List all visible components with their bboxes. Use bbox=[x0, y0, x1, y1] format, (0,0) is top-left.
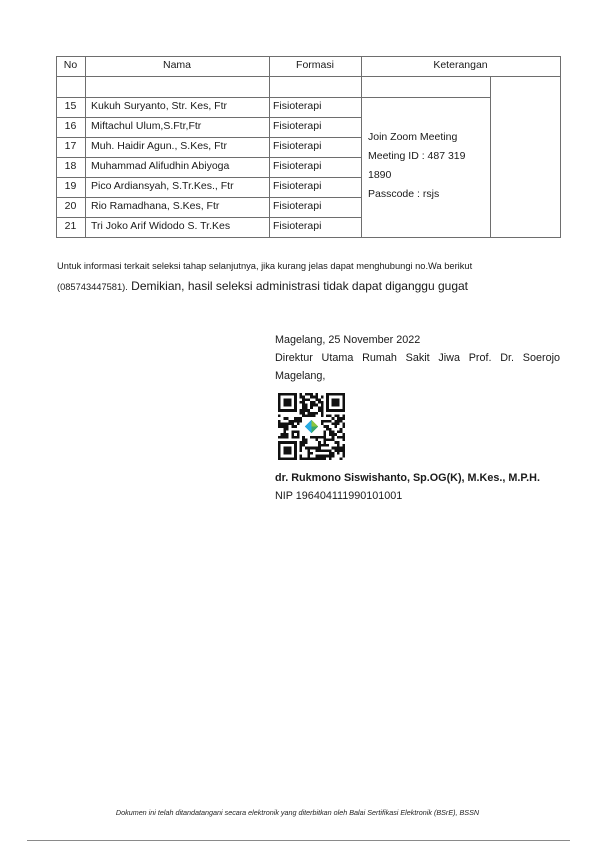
row-nama: Tri Joko Arif Widodo S. Tr.Kes bbox=[91, 216, 230, 236]
row-no: 16 bbox=[56, 116, 85, 136]
table-rule bbox=[56, 237, 561, 238]
table-rule bbox=[560, 56, 561, 238]
header-keterangan: Keterangan bbox=[361, 55, 560, 75]
row-nama: Miftachul Ulum,S.Ftr,Ftr bbox=[91, 116, 201, 136]
row-formasi: Fisioterapi bbox=[273, 96, 321, 116]
info-note-line2: (085743447581). Demikian, hasil seleksi … bbox=[57, 277, 468, 295]
row-no: 17 bbox=[56, 136, 85, 156]
row-formasi: Fisioterapi bbox=[273, 116, 321, 136]
table-rule bbox=[361, 56, 362, 238]
row-nama: Pico Ardiansyah, S.Tr.Kes., Ftr bbox=[91, 176, 234, 196]
row-formasi: Fisioterapi bbox=[273, 216, 321, 236]
table-rule bbox=[490, 76, 491, 238]
place-date: Magelang, 25 November 2022 bbox=[275, 331, 560, 349]
zoom-passcode: Passcode : rsjs bbox=[368, 185, 439, 204]
zoom-meeting-id-cont: 1890 bbox=[368, 166, 391, 185]
signer-nip: NIP 196404111990101001 bbox=[275, 490, 402, 502]
esign-footer: Dokumen ini telah ditandatangani secara … bbox=[0, 808, 595, 817]
row-no: 15 bbox=[56, 96, 85, 116]
row-formasi: Fisioterapi bbox=[273, 196, 321, 216]
header-no: No bbox=[56, 55, 85, 75]
results-table: No Nama Formasi Keterangan 15Kukuh Surya… bbox=[56, 56, 561, 238]
row-formasi: Fisioterapi bbox=[273, 176, 321, 196]
signer-title: Direktur Utama Rumah Sakit Jiwa Prof. Dr… bbox=[275, 349, 560, 367]
signer-title-cont: Magelang, bbox=[275, 367, 560, 385]
table-rule bbox=[56, 76, 561, 77]
wa-phone-number: (085743447581). bbox=[57, 282, 128, 292]
row-nama: Muhammad Alifudhin Abiyoga bbox=[91, 156, 229, 176]
row-formasi: Fisioterapi bbox=[273, 156, 321, 176]
footer-rule bbox=[27, 840, 570, 841]
closing-statement: Demikian, hasil seleksi administrasi tid… bbox=[128, 279, 468, 293]
table-rule bbox=[269, 56, 270, 238]
row-no: 18 bbox=[56, 156, 85, 176]
row-no: 20 bbox=[56, 196, 85, 216]
signer-name: dr. Rukmono Siswishanto, Sp.OG(K), M.Kes… bbox=[275, 472, 540, 484]
header-nama: Nama bbox=[85, 55, 269, 75]
table-rule bbox=[85, 56, 86, 238]
row-formasi: Fisioterapi bbox=[273, 136, 321, 156]
zoom-join-label: Join Zoom Meeting bbox=[368, 128, 457, 147]
zoom-meeting-id: Meeting ID : 487 319 bbox=[368, 147, 465, 166]
qr-code-icon bbox=[278, 393, 345, 460]
row-nama: Kukuh Suryanto, Str. Kes, Ftr bbox=[91, 96, 227, 116]
row-no: 21 bbox=[56, 216, 85, 236]
header-formasi: Formasi bbox=[269, 55, 361, 75]
row-no: 19 bbox=[56, 176, 85, 196]
row-nama: Rio Ramadhana, S.Kes, Ftr bbox=[91, 196, 219, 216]
info-note: Untuk informasi terkait seleksi tahap se… bbox=[57, 261, 472, 271]
row-nama: Muh. Haidir Agun., S.Kes, Ftr bbox=[91, 136, 227, 156]
